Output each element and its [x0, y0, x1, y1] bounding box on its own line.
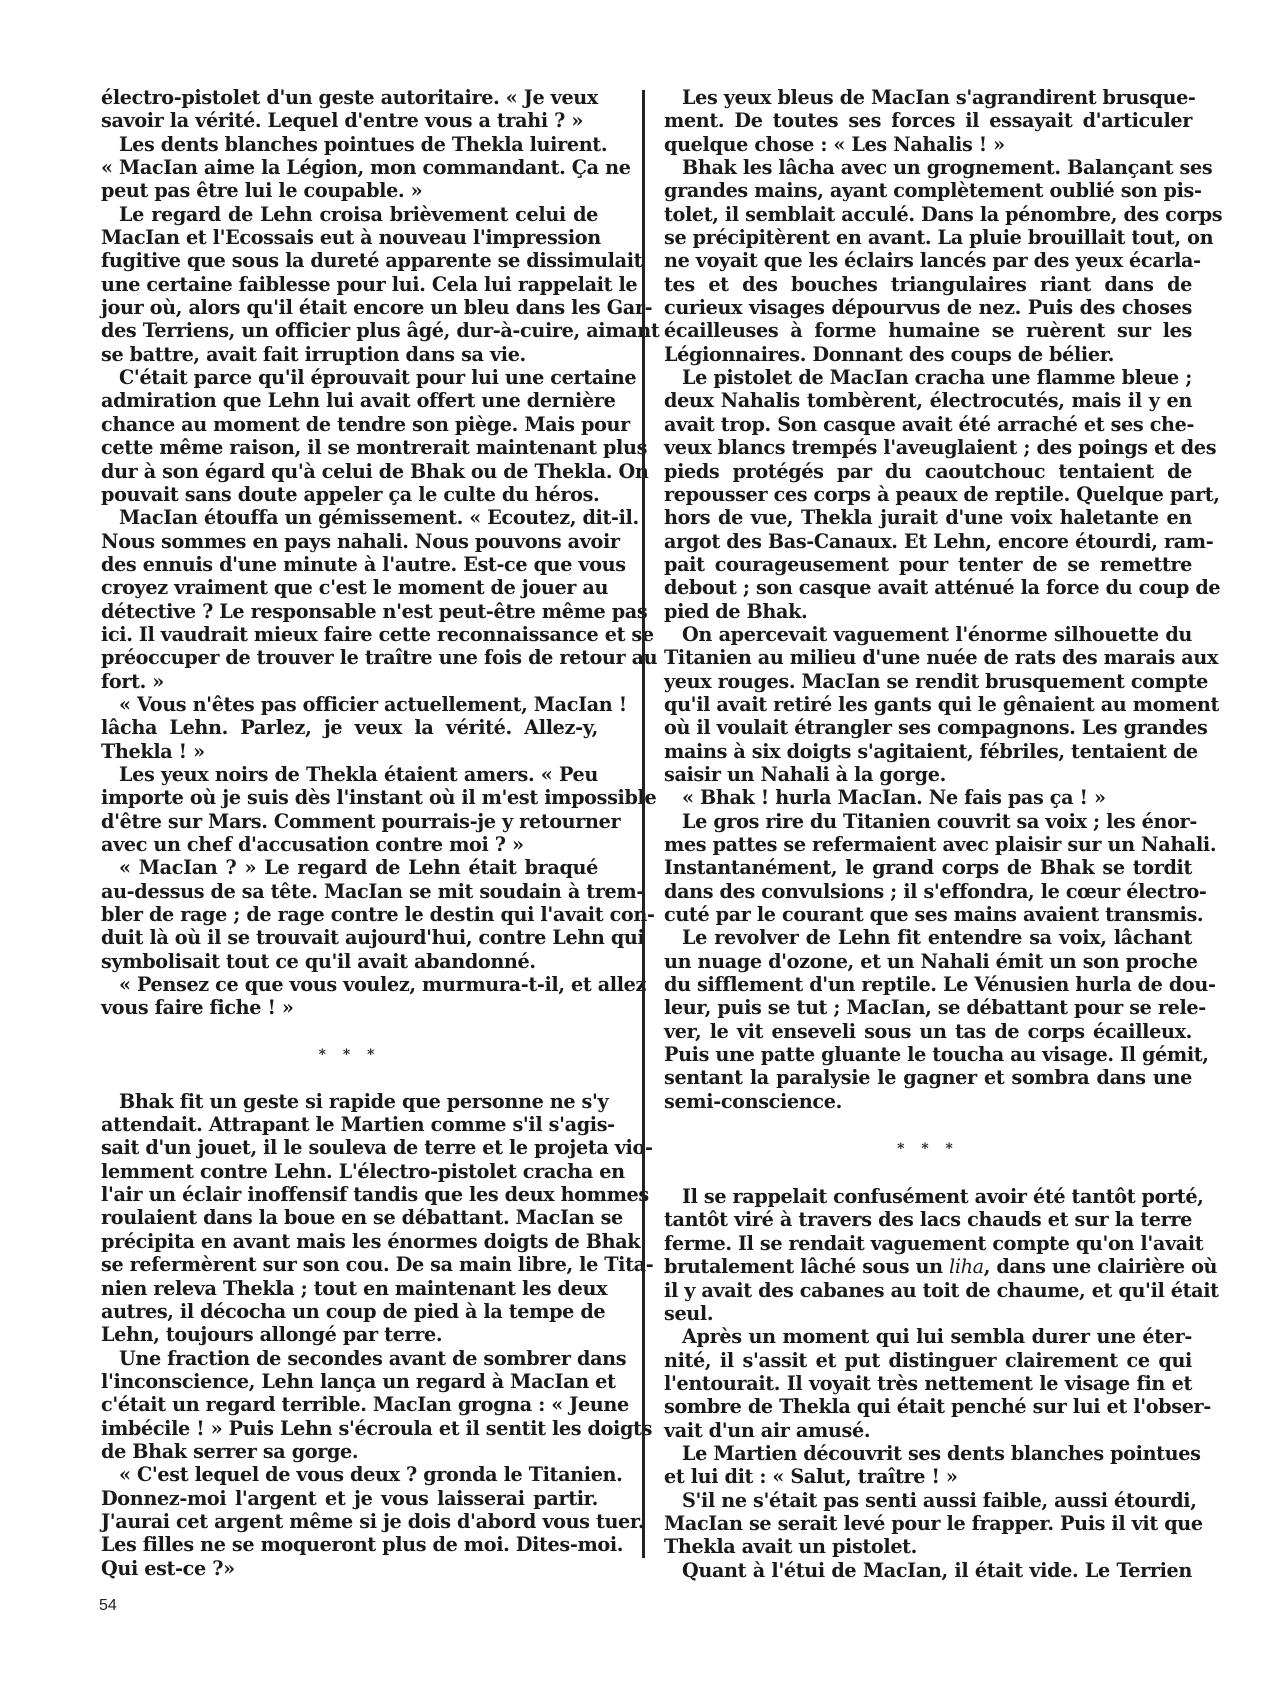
text-line: savoir la vérité. Lequel d'entre vous a … — [101, 109, 598, 132]
text-line: pouvait sans doute appeler ça le culte d… — [101, 483, 598, 506]
text-line: tolet, il semblait acculé. Dans la pénom… — [664, 203, 1192, 226]
text-line: ne voyait que les éclairs lancés par des… — [664, 249, 1192, 272]
text-line: Il se rappelait confusément avoir été ta… — [664, 1185, 1192, 1208]
text-line: tantôt viré à travers des lacs chauds et… — [664, 1208, 1192, 1231]
text-line: l'entourait. Il voyait très nettement le… — [664, 1372, 1192, 1395]
text-line: Les filles ne se moqueront plus de moi. … — [101, 1533, 598, 1556]
text-line: électro-pistolet d'un geste autoritaire.… — [101, 86, 598, 109]
text-line: deux Nahalis tombèrent, électrocutés, ma… — [664, 389, 1192, 412]
text-line: « MacIan ? » Le regard de Lehn était bra… — [101, 856, 598, 879]
text-line: yeux rouges. MacIan se rendit brusquemen… — [664, 670, 1192, 693]
text-line: repousser ces corps à peaux de reptile. … — [664, 483, 1192, 506]
text-line: vait d'un air amusé. — [664, 1419, 1192, 1442]
text-line: C'était parce qu'il éprouvait pour lui u… — [101, 366, 598, 389]
text-line: et lui dit : « Salut, traître ! » — [664, 1465, 1192, 1488]
text-line: MacIan étouffa un gémissement. « Ecoutez… — [101, 506, 598, 529]
text-line: Les dents blanches pointues de Thekla lu… — [101, 133, 598, 156]
text-line: l'inconscience, Lehn lança un regard à M… — [101, 1370, 598, 1393]
text-line: bler de rage ; de rage contre le destin … — [101, 903, 598, 926]
text-line: chance au moment de tendre son piège. Ma… — [101, 413, 598, 436]
text-line: « Bhak ! hurla MacIan. Ne fais pas ça ! … — [664, 786, 1192, 809]
text-line: attendait. Attrapant le Martien comme s'… — [101, 1113, 598, 1136]
text-line: ici. Il vaudrait mieux faire cette recon… — [101, 623, 598, 646]
right-text-block-2: Il se rappelait confusément avoir été ta… — [664, 1185, 1192, 1582]
text-line: avait trop. Son casque avait été arraché… — [664, 413, 1192, 436]
text-line: hors de vue, Thekla jurait d'une voix ha… — [664, 506, 1192, 529]
text-line: se refermèrent sur son cou. De sa main l… — [101, 1253, 598, 1276]
text-line: S'il ne s'était pas senti aussi faible, … — [664, 1489, 1192, 1512]
text-line: Thekla ! » — [101, 740, 598, 763]
text-line: lâcha Lehn. Parlez, je veux la vérité. A… — [101, 716, 598, 739]
text-line: écailleuses à forme humaine se ruèrent s… — [664, 319, 1192, 342]
text-line: du sifflement d'un reptile. Le Vénusien … — [664, 973, 1192, 996]
text-line: J'aurai cet argent même si je dois d'abo… — [101, 1510, 598, 1533]
text-line: ferme. Il se rendait vaguement compte qu… — [664, 1232, 1192, 1255]
text-line: sait d'un jouet, il le souleva de terre … — [101, 1136, 598, 1159]
text-line: duit là où il se trouvait aujourd'hui, c… — [101, 926, 598, 949]
text-line: Une fraction de secondes avant de sombre… — [101, 1347, 598, 1370]
text-line: Lehn, toujours allongé par terre. — [101, 1323, 598, 1346]
text-line: jour où, alors qu'il était encore un ble… — [101, 296, 598, 319]
text-line: admiration que Lehn lui avait offert une… — [101, 389, 598, 412]
text-line: sentant la paralysie le gagner et sombra… — [664, 1066, 1192, 1089]
text-line: Les yeux noirs de Thekla étaient amers. … — [101, 763, 598, 786]
section-separator: * * * — [101, 1020, 598, 1090]
text-line: Bhak fit un geste si rapide que personne… — [101, 1090, 598, 1113]
text-line: c'était un regard terrible. MacIan grogn… — [101, 1393, 598, 1416]
text-line: Le Martien découvrit ses dents blanches … — [664, 1442, 1192, 1465]
text-line: se précipitèrent en avant. La pluie brou… — [664, 226, 1192, 249]
text-line: Thekla avait un pistolet. — [664, 1535, 1192, 1558]
text-line: semi-conscience. — [664, 1090, 1192, 1113]
text-line: cuté par le courant que ses mains avaien… — [664, 903, 1192, 926]
text-line: Donnez-moi l'argent et je vous laisserai… — [101, 1487, 598, 1510]
text-line: cette même raison, il se montrerait main… — [101, 436, 598, 459]
text-line: « C'est lequel de vous deux ? gronda le … — [101, 1463, 598, 1486]
text-line: pied de Bhak. — [664, 600, 1192, 623]
text-line: une certaine faiblesse pour lui. Cela lu… — [101, 273, 598, 296]
text-line: mains à six doigts s'agitaient, fébriles… — [664, 740, 1192, 763]
right-text-block-1: Les yeux bleus de MacIan s'agrandirent b… — [664, 86, 1192, 1113]
text-line: Nous sommes en pays nahali. Nous pouvons… — [101, 530, 598, 553]
text-line: « Pensez ce que vous voulez, murmura-t-i… — [101, 973, 598, 996]
text-line: MacIan se serait levé pour le frapper. P… — [664, 1512, 1192, 1535]
text-line: avec un chef d'accusation contre moi ? » — [101, 833, 598, 856]
text-line: argot des Bas-Canaux. Et Lehn, encore ét… — [664, 530, 1192, 553]
text-line: des Terriens, un officier plus âgé, dur-… — [101, 319, 598, 342]
text-line: un nuage d'ozone, et un Nahali émit un s… — [664, 950, 1192, 973]
text-line: Le pistolet de MacIan cracha une flamme … — [664, 366, 1192, 389]
text-line: qu'il avait retiré les gants qui le gêna… — [664, 693, 1192, 716]
text-line: « MacIan aime la Légion, mon commandant.… — [101, 156, 598, 179]
text-line: symbolisait tout ce qu'il avait abandonn… — [101, 950, 598, 973]
text-line: précipita en avant mais les énormes doig… — [101, 1230, 598, 1253]
text-line: tes et des bouches triangulaires riant d… — [664, 273, 1192, 296]
text-line: pait courageusement pour tenter de se re… — [664, 553, 1192, 576]
text-line: croyez vraiment que c'est le moment de j… — [101, 576, 598, 599]
text-line: peut pas être lui le coupable. » — [101, 179, 598, 202]
text-line: seul. — [664, 1302, 1192, 1325]
text-line: fort. » — [101, 670, 598, 693]
left-text-block-2: Bhak fit un geste si rapide que personne… — [101, 1090, 598, 1580]
text-line: imbécile ! » Puis Lehn s'écroula et il s… — [101, 1417, 598, 1440]
text-line: Légionnaires. Donnant des coups de bélie… — [664, 343, 1192, 366]
text-line: sombre de Thekla qui était penché sur lu… — [664, 1395, 1192, 1418]
text-line: pieds protégés par du caoutchouc tentaie… — [664, 460, 1192, 483]
text-line: brutalement lâché sous un liha, dans une… — [664, 1255, 1192, 1278]
text-line: veux blancs trempés l'aveuglaient ; des … — [664, 436, 1192, 459]
italic-term: liha — [949, 1255, 984, 1278]
text-line: Puis une patte gluante le toucha au visa… — [664, 1043, 1192, 1066]
text-line: saisir un Nahali à la gorge. — [664, 763, 1192, 786]
text-line: préoccuper de trouver le traître une foi… — [101, 646, 598, 669]
text-line: Le regard de Lehn croisa brièvement celu… — [101, 203, 598, 226]
text-line: Quant à l'étui de MacIan, il était vide.… — [664, 1559, 1192, 1582]
text-line: vous faire fiche ! » — [101, 996, 598, 1019]
text-line: fugitive que sous la dureté apparente se… — [101, 249, 598, 272]
text-line: Bhak les lâcha avec un grognement. Balan… — [664, 156, 1192, 179]
text-line: dur à son égard qu'à celui de Bhak ou de… — [101, 460, 598, 483]
page-number: 54 — [99, 1597, 117, 1615]
text-line: d'être sur Mars. Comment pourrais-je y r… — [101, 810, 598, 833]
text-line: ver, le vit enseveli sous un tas de corp… — [664, 1020, 1192, 1043]
left-column: électro-pistolet d'un geste autoritaire.… — [101, 86, 598, 1580]
text-line: importe où je suis dès l'instant où il m… — [101, 786, 598, 809]
text-line: l'air un éclair inoffensif tandis que le… — [101, 1183, 598, 1206]
text-line: des ennuis d'une minute à l'autre. Est-c… — [101, 553, 598, 576]
text-line: détective ? Le responsable n'est peut-êt… — [101, 600, 598, 623]
text-line: nien releva Thekla ; tout en maintenant … — [101, 1277, 598, 1300]
text-line: « Vous n'êtes pas officier actuellement,… — [101, 693, 598, 716]
book-page: électro-pistolet d'un geste autoritaire.… — [0, 0, 1280, 1707]
text-line: mes pattes se refermaient avec plaisir s… — [664, 833, 1192, 856]
text-line: où il voulait étrangler ses compagnons. … — [664, 716, 1192, 739]
text-line: Les yeux bleus de MacIan s'agrandirent b… — [664, 86, 1192, 109]
text-line: au-dessus de sa tête. MacIan se mit soud… — [101, 880, 598, 903]
section-separator: * * * — [664, 1113, 1192, 1185]
text-line: Titanien au milieu d'une nuée de rats de… — [664, 646, 1192, 669]
column-divider-rule — [642, 90, 645, 1558]
text-line: autres, il décocha un coup de pied à la … — [101, 1300, 598, 1323]
text-line: grandes mains, ayant complètement oublié… — [664, 179, 1192, 202]
text-line: quelque chose : « Les Nahalis ! » — [664, 133, 1192, 156]
text-line: de Bhak serrer sa gorge. — [101, 1440, 598, 1463]
text-line: ment. De toutes ses forces il essayait d… — [664, 109, 1192, 132]
right-column: Les yeux bleus de MacIan s'agrandirent b… — [664, 86, 1192, 1582]
text-line: Le revolver de Lehn fit entendre sa voix… — [664, 926, 1192, 949]
left-text-block-1: électro-pistolet d'un geste autoritaire.… — [101, 86, 598, 1020]
text-line: dans des convulsions ; il s'effondra, le… — [664, 880, 1192, 903]
text-line: Après un moment qui lui sembla durer une… — [664, 1325, 1192, 1348]
text-line: roulaient dans la boue en se débattant. … — [101, 1206, 598, 1229]
text-line: On apercevait vaguement l'énorme silhoue… — [664, 623, 1192, 646]
text-line: Le gros rire du Titanien couvrit sa voix… — [664, 810, 1192, 833]
text-line: Instantanément, le grand corps de Bhak s… — [664, 856, 1192, 879]
text-line: il y avait des cabanes au toit de chaume… — [664, 1279, 1192, 1302]
text-line: debout ; son casque avait atténué la for… — [664, 576, 1192, 599]
text-line: lemment contre Lehn. L'électro-pistolet … — [101, 1160, 598, 1183]
text-line: nité, il s'assit et put distinguer clair… — [664, 1349, 1192, 1372]
text-line: leur, puis se tut ; MacIan, se débattant… — [664, 996, 1192, 1019]
text-line: MacIan et l'Ecossais eut à nouveau l'imp… — [101, 226, 598, 249]
text-line: curieux visages dépourvus de nez. Puis d… — [664, 296, 1192, 319]
text-line: Qui est-ce ?» — [101, 1557, 598, 1580]
text-line: se battre, avait fait irruption dans sa … — [101, 343, 598, 366]
